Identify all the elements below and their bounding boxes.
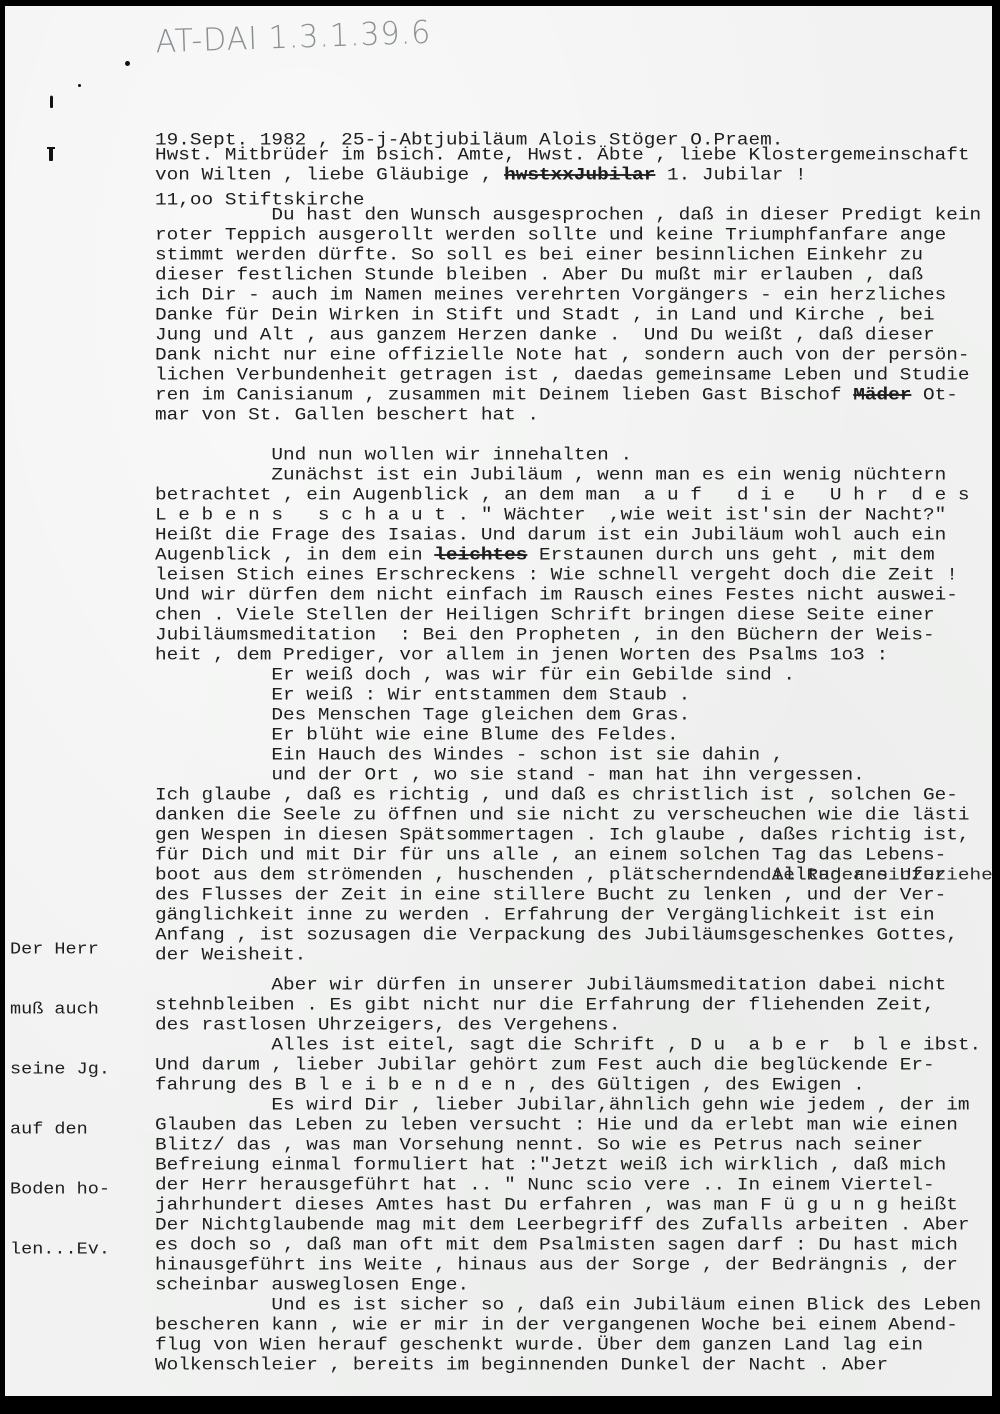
text-line: stehnbleiben . Es gibt nicht nur die Erf… — [155, 995, 935, 1015]
text-line: Glauben das Leben zu leben versucht : Hi… — [155, 1115, 958, 1135]
text-line-content: Er blüht wie eine Blume des Feldes. — [155, 726, 679, 744]
text-line: fahrung des B l e i b e n d e n , des Gü… — [155, 1075, 865, 1095]
text-line: L e b e n s s c h a u t . " Wächter ,wie… — [155, 505, 946, 525]
text-line: Aber wir dürfen in unserer Jubiläumsmedi… — [155, 975, 946, 995]
text-line-content: Jung und Alt , aus ganzem Herzen danke .… — [155, 326, 935, 344]
text-line: Und darum , lieber Jubilar gehört zum Fe… — [155, 1055, 935, 1075]
text-line-content: lichen Verbundenheit getragen ist , daed… — [155, 366, 970, 384]
text-segment: von Wilten , liebe Gläubige , — [155, 165, 504, 185]
text-line-content: Der Nichtglaubende mag mit dem Leerbegri… — [155, 1216, 970, 1234]
text-line-content: mar von St. Gallen beschert hat . — [155, 406, 539, 424]
text-line: Der Nichtglaubende mag mit dem Leerbegri… — [155, 1215, 970, 1235]
punch-mark-icon — [50, 96, 53, 108]
text-line: dieser festlichen Stunde bleiben . Aber … — [155, 265, 923, 285]
text-line: gen Wespen in diesen Spätsommertagen . I… — [155, 825, 970, 845]
text-line: flug von Wien herauf geschenkt wurde. Üb… — [155, 1335, 923, 1355]
text-line-content: Und es ist sicher so , daß ein Jubiläum … — [155, 1296, 981, 1314]
text-line-content: Glauben das Leben zu leben versucht : Hi… — [155, 1116, 958, 1134]
text-line-content: Ein Hauch des Windes - schon ist sie dah… — [155, 746, 783, 764]
text-line: des Flusses der Zeit in eine stillere Bu… — [155, 885, 946, 905]
text-line-content: L e b e n s s c h a u t . " Wächter ,wie… — [155, 506, 946, 524]
text-line: Augenblick , in dem ein leichtes Erstaun… — [155, 545, 935, 565]
text-line-content: Augenblick , in dem ein leichtes Erstaun… — [155, 546, 935, 564]
text-segment: Erstaunen durch uns geht , mit dem — [527, 545, 934, 565]
text-line-content: gänglichkeit inne zu werden . Erfahrung … — [155, 906, 935, 924]
text-line: Und nun wollen wir innehalten . — [155, 445, 632, 465]
struck-out-text: hwstxxJubilar — [504, 165, 655, 185]
text-line: stimmt werden dürfte. So soll es bei ein… — [155, 245, 923, 265]
text-line-content: Des Menschen Tage gleichen dem Gras. — [155, 706, 690, 724]
text-line: Er blüht wie eine Blume des Feldes. — [155, 725, 679, 745]
text-segment: ren im Canisianum , zusammen mit Deinem … — [155, 385, 853, 405]
text-line-content: fahrung des B l e i b e n d e n , des Gü… — [155, 1076, 865, 1094]
text-line-content: ren im Canisianum , zusammen mit Deinem … — [155, 386, 958, 404]
text-line-content: stehnbleiben . Es gibt nicht nur die Erf… — [155, 996, 935, 1014]
text-line: betrachtet , ein Augenblick , an dem man… — [155, 485, 970, 505]
text-line-content: Und wir dürfen dem nicht einfach im Raus… — [155, 586, 958, 604]
text-line-content: bescheren kann , wie er mir in der verga… — [155, 1316, 958, 1334]
margin-note-line: seine Jg. — [10, 1061, 110, 1079]
text-line-content: Ich glaube , daß es richtig , und daß es… — [155, 786, 958, 804]
document-page: AT-DAI 1.3.1.39.6 ˈ 19.Sept. 1982 , 25-j… — [5, 6, 992, 1396]
text-line-content: betrachtet , ein Augenblick , an dem man… — [155, 486, 970, 504]
text-line-content: gen Wespen in diesen Spätsommertagen . I… — [155, 826, 970, 844]
text-line: heit , dem Prediger, vor allem in jenen … — [155, 645, 888, 665]
text-line: Befreiung einmal formuliert hat :"Jetzt … — [155, 1155, 946, 1175]
text-segment: 1. Jubilar ! — [655, 165, 806, 185]
text-line-content: Hwst. Mitbrüder im bsich. Amte, Hwst. Äb… — [155, 146, 970, 164]
text-line-content: Danke für Dein Wirken in Stift und Stadt… — [155, 306, 935, 324]
text-line: Alles ist eitel, sagt die Schrift , D u … — [155, 1035, 981, 1055]
text-line: gänglichkeit inne zu werden . Erfahrung … — [155, 905, 935, 925]
text-line: roter Teppich ausgerollt werden sollte u… — [155, 225, 946, 245]
text-line-content: Und nun wollen wir innehalten . — [155, 446, 632, 464]
text-line-content: Es wird Dir , lieber Jubilar,ähnlich geh… — [155, 1096, 970, 1114]
struck-out-text: leichtes — [434, 545, 527, 565]
text-line-content: Alles ist eitel, sagt die Schrift , D u … — [155, 1036, 981, 1054]
margin-note: Der Herr muß auch seine Jg. auf den Bode… — [10, 900, 110, 1300]
text-line-content: und der Ort , wo sie stand - man hat ihn… — [155, 766, 865, 784]
text-line: Jubiläumsmeditation : Bei den Propheten … — [155, 625, 935, 645]
text-line-content: für Dich und mit Dir für uns alle , an e… — [155, 846, 946, 864]
text-line: Zunächst ist ein Jubiläum , wenn man es … — [155, 465, 946, 485]
archive-signature: AT-DAI 1.3.1.39.6 — [155, 14, 432, 60]
text-line-content: roter Teppich ausgerollt werden sollte u… — [155, 226, 946, 244]
ink-speck — [125, 61, 130, 66]
text-line: Er weiß doch , was wir für ein Gebilde s… — [155, 665, 795, 685]
text-line: hinausgeführt ins Weite , hinaus aus der… — [155, 1255, 958, 1275]
text-line: der Weisheit. — [155, 945, 306, 965]
text-line-content: es doch so , daß man oft mit dem Psalmis… — [155, 1236, 958, 1254]
text-line: leisen Stich eines Erschreckens : Wie sc… — [155, 565, 958, 585]
punch-mark-icon — [47, 147, 55, 149]
text-line: des rastlosen Uhrzeigers, des Vergehens. — [155, 1015, 620, 1035]
margin-note-line: muß auch — [10, 1001, 110, 1019]
text-line: es doch so , daß man oft mit dem Psalmis… — [155, 1235, 958, 1255]
text-line-content: der Weisheit. — [155, 946, 306, 964]
text-line: Und es ist sicher so , daß ein Jubiläum … — [155, 1295, 981, 1315]
text-line-content: von Wilten , liebe Gläubige , hwstxxJubi… — [155, 166, 807, 184]
text-line: Hwst. Mitbrüder im bsich. Amte, Hwst. Äb… — [155, 145, 970, 165]
punch-mark-icon — [49, 147, 53, 161]
text-line-content: leisen Stich eines Erschreckens : Wie sc… — [155, 566, 958, 584]
text-line-content: Zunächst ist ein Jubiläum , wenn man es … — [155, 466, 946, 484]
text-line: der Herr herausgeführt hat .. " Nunc sci… — [155, 1175, 935, 1195]
text-line-content: scheinbar ausweglosen Enge. — [155, 1276, 469, 1294]
text-line: Ein Hauch des Windes - schon ist sie dah… — [155, 745, 783, 765]
text-line: mar von St. Gallen beschert hat . — [155, 405, 539, 425]
text-line-content: ich Dir - auch im Namen meines verehrten… — [155, 286, 946, 304]
text-line-content: heit , dem Prediger, vor allem in jenen … — [155, 646, 888, 664]
text-segment: Ot- — [911, 385, 958, 405]
ink-speck — [78, 84, 81, 87]
text-line: Dank nicht nur eine offizielle Note hat … — [155, 345, 970, 365]
margin-note-line: Boden ho- — [10, 1181, 110, 1199]
text-line-content: des Flusses der Zeit in eine stillere Bu… — [155, 886, 946, 904]
text-line: chen . Viele Stellen der Heiligen Schrif… — [155, 605, 935, 625]
margin-note-line: auf den — [10, 1121, 110, 1139]
text-line: von Wilten , liebe Gläubige , hwstxxJubi… — [155, 165, 807, 185]
text-line-content: der Herr herausgeführt hat .. " Nunc sci… — [155, 1176, 935, 1194]
text-segment: Augenblick , in dem ein — [155, 545, 434, 565]
text-line: Jung und Alt , aus ganzem Herzen danke .… — [155, 325, 935, 345]
text-line: und der Ort , wo sie stand - man hat ihn… — [155, 765, 865, 785]
text-line: Wolkenschleier , bereits im beginnenden … — [155, 1355, 888, 1375]
text-line-content: Wolkenschleier , bereits im beginnenden … — [155, 1356, 888, 1374]
text-line: Blitz/ das , was man Vorsehung nennt. So… — [155, 1135, 923, 1155]
text-line: scheinbar ausweglosen Enge. — [155, 1275, 469, 1295]
text-line: ren im Canisianum , zusammen mit Deinem … — [155, 385, 958, 405]
text-line: ich Dir - auch im Namen meines verehrten… — [155, 285, 946, 305]
text-line-content: Aber wir dürfen in unserer Jubiläumsmedi… — [155, 976, 946, 994]
struck-out-text: Mäder — [853, 385, 911, 405]
text-line: Ich glaube , daß es richtig , und daß es… — [155, 785, 958, 805]
text-line-content: Anfang , ist sozusagen die Verpackung de… — [155, 926, 958, 944]
margin-note-line: len...Ev. — [10, 1241, 110, 1259]
text-line-content: Blitz/ das , was man Vorsehung nennt. So… — [155, 1136, 923, 1154]
text-line-content: hinausgeführt ins Weite , hinaus aus der… — [155, 1256, 958, 1274]
text-line: Heißt die Frage des Isaias. Und darum is… — [155, 525, 946, 545]
text-line-content: danken die Seele zu öffnen und sie nicht… — [155, 806, 970, 824]
text-line: für Dich und mit Dir für uns alle , an e… — [155, 845, 946, 865]
text-line-content: flug von Wien herauf geschenkt wurde. Üb… — [155, 1336, 923, 1354]
text-line: Es wird Dir , lieber Jubilar,ähnlich geh… — [155, 1095, 970, 1115]
text-line: Und wir dürfen dem nicht einfach im Raus… — [155, 585, 958, 605]
text-line: jahrhundert dieses Amtes hast Du erfahre… — [155, 1195, 958, 1215]
text-line: Anfang , ist sozusagen die Verpackung de… — [155, 925, 958, 945]
text-line-content: Befreiung einmal formuliert hat :"Jetzt … — [155, 1156, 946, 1174]
text-line-content: Jubiläumsmeditation : Bei den Propheten … — [155, 626, 935, 644]
text-line-content: Und darum , lieber Jubilar gehört zum Fe… — [155, 1056, 935, 1074]
text-line-content: Heißt die Frage des Isaias. Und darum is… — [155, 526, 946, 544]
text-line: Du hast den Wunsch ausgesprochen , daß i… — [155, 205, 981, 225]
text-line: Des Menschen Tage gleichen dem Gras. — [155, 705, 690, 725]
text-line-content: dieser festlichen Stunde bleiben . Aber … — [155, 266, 923, 284]
text-line-content: stimmt werden dürfte. So soll es bei ein… — [155, 246, 923, 264]
text-line-content: Er weiß doch , was wir für ein Gebilde s… — [155, 666, 795, 684]
text-line-content: des rastlosen Uhrzeigers, des Vergehens. — [155, 1016, 620, 1034]
text-line-content: Du hast den Wunsch ausgesprochen , daß i… — [155, 206, 981, 224]
text-line-content: Dank nicht nur eine offizielle Note hat … — [155, 346, 970, 364]
text-line: Danke für Dein Wirken in Stift und Stadt… — [155, 305, 935, 325]
text-line-content: jahrhundert dieses Amtes hast Du erfahre… — [155, 1196, 958, 1214]
interlinear-insertion: die Ruder einzuziehen — [760, 867, 992, 884]
text-line-content: Er weiß : Wir entstammen dem Staub . — [155, 686, 690, 704]
text-line-content: chen . Viele Stellen der Heiligen Schrif… — [155, 606, 935, 624]
text-line: danken die Seele zu öffnen und sie nicht… — [155, 805, 970, 825]
margin-note-line: Der Herr — [10, 941, 110, 959]
text-line: Er weiß : Wir entstammen dem Staub . — [155, 685, 690, 705]
text-line: lichen Verbundenheit getragen ist , daed… — [155, 365, 970, 385]
text-line: bescheren kann , wie er mir in der verga… — [155, 1315, 958, 1335]
